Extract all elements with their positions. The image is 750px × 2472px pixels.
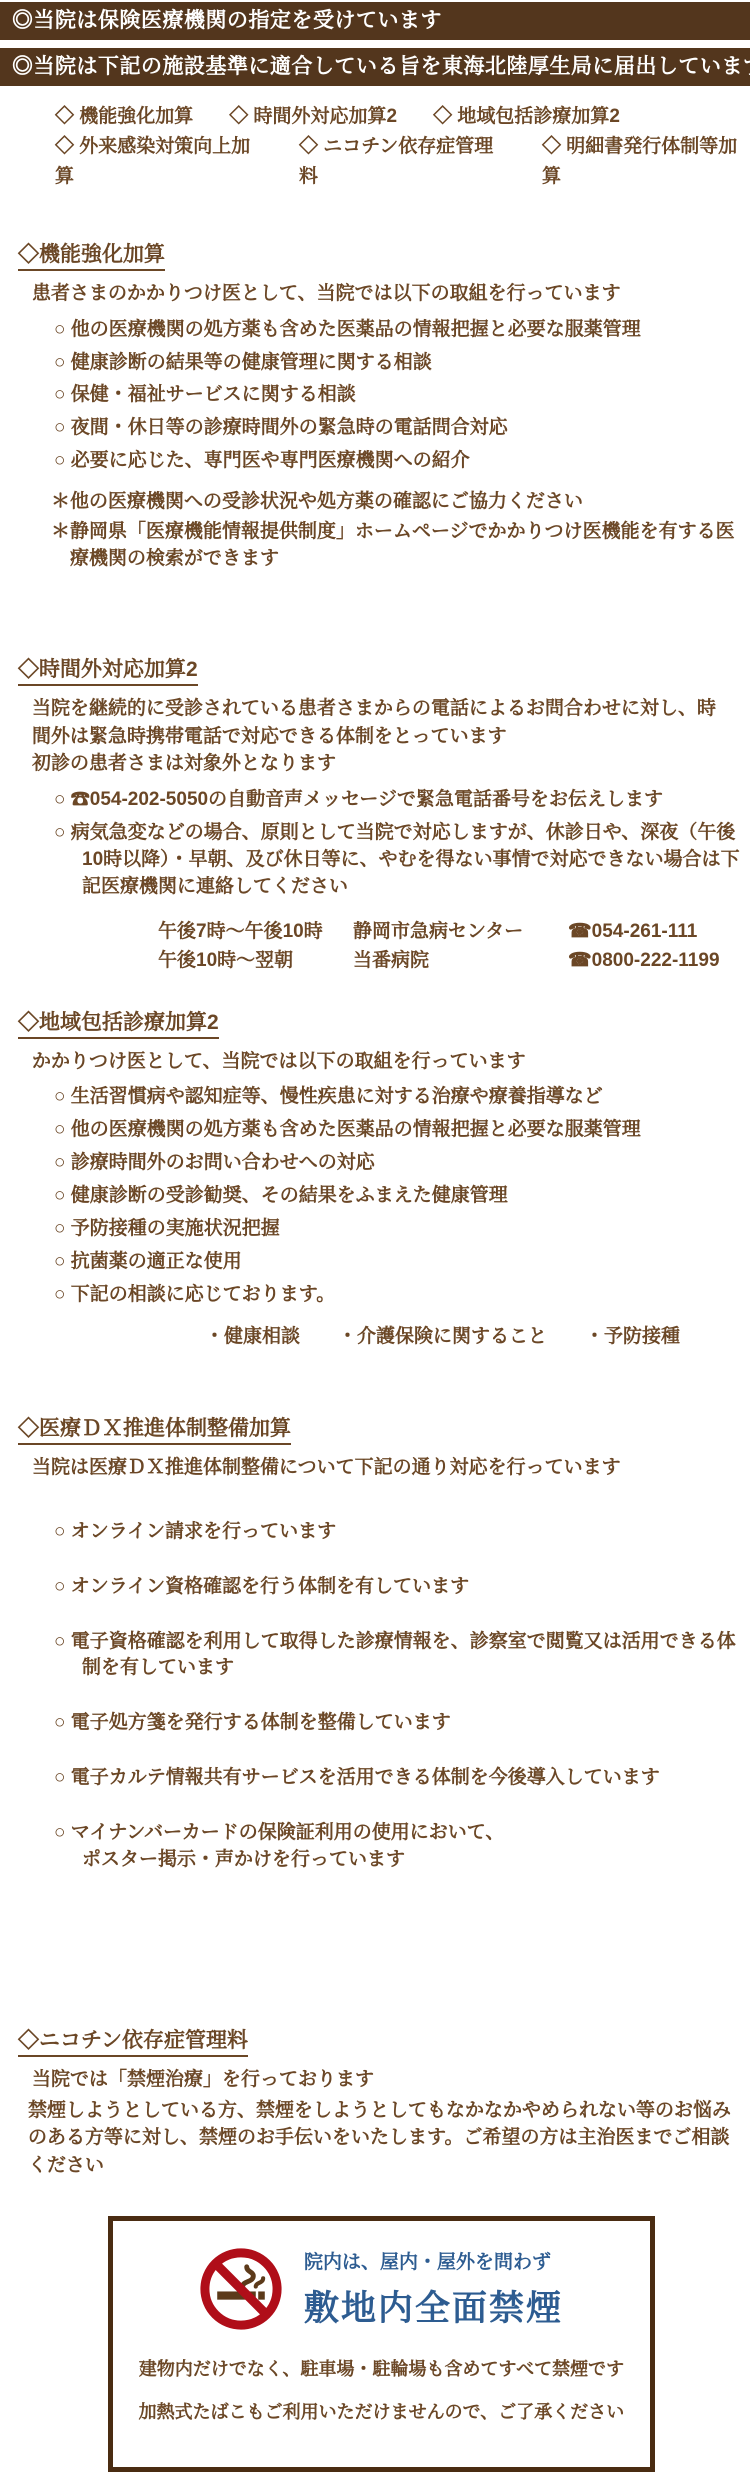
- note-item: ＊他の医療機関への受診状況や処方薬の確認にご協力ください: [0, 489, 750, 516]
- phone-number: ☎0800-222-1199: [568, 946, 720, 975]
- notice-page: ◎当院は保険医療機関の指定を受けています ◎当院は下記の施設基準に適合している旨…: [0, 2, 750, 2472]
- section-title: ◇ニコチン依存症管理料: [18, 2024, 248, 2057]
- standard-item: ◇ 地域包括診療加算2: [433, 102, 620, 132]
- no-smoking-note-1: 建物内だけでなく、駐車場・駐輪場も含めてすべて禁煙です: [113, 2357, 650, 2382]
- section-title: ◇医療ＤＸ推進体制整備加算: [18, 1412, 291, 1445]
- no-smoking-header: 院内は、屋内・屋外を問わず 敷地内全面禁煙: [113, 2247, 650, 2331]
- list-item: ○ 電子カルテ情報共有サービスを活用できる体制を今後導入しています: [0, 1765, 750, 1792]
- standard-item: ◇ ニコチン依存症管理料: [299, 132, 506, 192]
- phone-place: 当番病院: [353, 946, 568, 975]
- phone-number: ☎054-261-111: [568, 917, 697, 946]
- list-item: ○ 電子資格確認を利用して取得した診療情報を、診察室で閲覧又は活用できる体制を有…: [0, 1629, 750, 1683]
- banner-facility-standards-notification: ◎当院は下記の施設基準に適合している旨を東海北陸厚生局に届出しています: [0, 48, 750, 86]
- list-item: ○ 電子処方箋を発行する体制を整備しています: [0, 1710, 750, 1737]
- section-intro: 当院は医療ＤＸ推進体制整備について下記の通り対応を行っています: [32, 1454, 722, 1482]
- phone-time: 午後10時～翌朝: [158, 946, 353, 975]
- section-intro: 当院を継続的に受診されている患者さまからの電話によるお問合わせに対し、時間外は緊…: [32, 695, 722, 778]
- emergency-phone-table: 午後7時～午後10時 静岡市急病センター ☎054-261-111 午後10時～…: [158, 917, 750, 976]
- section-line: 当院では「禁煙治療」を行っております: [32, 2066, 722, 2094]
- section-chiiki-houkatsu: ◇地域包括診療加算2 かかりつけ医として、当院では以下の取組を行っています ○ …: [0, 1006, 750, 1348]
- no-smoking-subtitle: 院内は、屋内・屋外を問わず: [304, 2247, 563, 2274]
- facility-standards-list: ◇ 機能強化加算 ◇ 時間外対応加算2 ◇ 地域包括診療加算2 ◇ 外来感染対策…: [55, 102, 750, 192]
- list-item: ○ オンライン請求を行っています: [0, 1519, 750, 1546]
- standard-item: ◇ 機能強化加算: [55, 102, 193, 132]
- list-item: ○ 抗菌薬の適正な使用: [0, 1249, 750, 1276]
- phone-row: 午後7時～午後10時 静岡市急病センター ☎054-261-111: [158, 917, 750, 946]
- list-item: ○ 他の医療機関の処方薬も含めた医薬品の情報把握と必要な服薬管理: [0, 1117, 750, 1144]
- no-smoking-text-block: 院内は、屋内・屋外を問わず 敷地内全面禁煙: [304, 2247, 563, 2331]
- banner-insurance-designation: ◎当院は保険医療機関の指定を受けています: [0, 2, 750, 40]
- bullet-list: ○ オンライン請求を行っています ○ オンライン資格確認を行う体制を有しています…: [0, 1491, 750, 1897]
- list-item: ○ 診療時間外のお問い合わせへの対応: [0, 1150, 750, 1177]
- standard-item: ◇ 明細書発行体制等加算: [542, 132, 750, 192]
- standard-item: ◇ 時間外対応加算2: [229, 102, 397, 132]
- section-title: ◇時間外対応加算2: [18, 653, 198, 686]
- section-body: 禁煙しようとしている方、禁煙をしようとしてもなかなかやめられない等のお悩みのある…: [28, 2097, 748, 2180]
- bullet-list: ○ 他の医療機関の処方薬も含めた医薬品の情報把握と必要な服薬管理 ○ 健康診断の…: [0, 317, 750, 476]
- section-title: ◇地域包括診療加算2: [18, 1006, 219, 1039]
- phone-row: 午後10時～翌朝 当番病院 ☎0800-222-1199: [158, 946, 750, 975]
- section-jikangai-taiou: ◇時間外対応加算2 当院を継続的に受診されている患者さまからの電話によるお問合わ…: [0, 653, 750, 975]
- list-item: ○ 病気急変などの場合、原則として当院で対応しますが、休診日や、深夜（午後10時…: [0, 820, 750, 901]
- list-item: ○ 他の医療機関の処方薬も含めた医薬品の情報把握と必要な服薬管理: [0, 317, 750, 344]
- standards-row-2: ◇ 外来感染対策向上加算 ◇ ニコチン依存症管理料 ◇ 明細書発行体制等加算: [55, 132, 750, 192]
- consultation-sub-list: ・健康相談 ・介護保険に関すること ・予防接種: [205, 1321, 750, 1348]
- list-item: ○ 健康診断の受診勧奨、その結果をふまえた健康管理: [0, 1183, 750, 1210]
- bullet-list: ○ ☎054-202-5050の自動音声メッセージで緊急電話番号をお伝えします …: [0, 787, 750, 901]
- list-item: ○ オンライン資格確認を行う体制を有しています: [0, 1574, 750, 1601]
- section-title: ◇機能強化加算: [18, 238, 165, 271]
- phone-place: 静岡市急病センター: [353, 917, 568, 946]
- standard-item: ◇ 外来感染対策向上加算: [55, 132, 263, 192]
- note-item: ＊静岡県「医療機能情報提供制度」ホームページでかかりつけ医機能を有する医療機関の…: [0, 519, 750, 573]
- no-smoking-icon: [200, 2248, 282, 2330]
- list-item: ○ 下記の相談に応じております。: [0, 1282, 750, 1309]
- no-smoking-title: 敷地内全面禁煙: [304, 2281, 563, 2331]
- list-item: ○ マイナンバーカードの保険証利用の使用において、 ポスター掲示・声かけを行って…: [0, 1820, 750, 1874]
- list-item: ○ 夜間・休日等の診療時間外の緊急時の電話問合対応: [0, 415, 750, 442]
- section-nicotine-izonshou: ◇ニコチン依存症管理料 当院では「禁煙治療」を行っております 禁煙しようとしてい…: [0, 2024, 750, 2179]
- note-list: ＊他の医療機関への受診状況や処方薬の確認にご協力ください ＊静岡県「医療機能情報…: [0, 489, 750, 573]
- section-kinou-kyouka: ◇機能強化加算 患者さまのかかりつけ医として、当院では以下の取組を行っています …: [0, 238, 750, 573]
- section-intro: かかりつけ医として、当院では以下の取組を行っています: [32, 1048, 722, 1076]
- section-intro: 患者さまのかかりつけ医として、当院では以下の取組を行っています: [32, 280, 722, 308]
- bullet-list: ○ 生活習慣病や認知症等、慢性疾患に対する治療や療養指導など ○ 他の医療機関の…: [0, 1084, 750, 1309]
- standards-row-1: ◇ 機能強化加算 ◇ 時間外対応加算2 ◇ 地域包括診療加算2: [55, 102, 750, 132]
- phone-time: 午後7時～午後10時: [158, 917, 353, 946]
- list-item: ○ 生活習慣病や認知症等、慢性疾患に対する治療や療養指導など: [0, 1084, 750, 1111]
- list-item: ○ 保健・福祉サービスに関する相談: [0, 382, 750, 409]
- list-item: ○ ☎054-202-5050の自動音声メッセージで緊急電話番号をお伝えします: [0, 787, 750, 814]
- list-item: ○ 予防接種の実施状況把握: [0, 1216, 750, 1243]
- section-iryou-dx: ◇医療ＤＸ推進体制整備加算 当院は医療ＤＸ推進体制整備について下記の通り対応を行…: [0, 1412, 750, 1896]
- list-item: ○ 必要に応じた、専門医や専門医療機関への紹介: [0, 448, 750, 475]
- list-item: ○ 健康診断の結果等の健康管理に関する相談: [0, 350, 750, 377]
- no-smoking-note-2: 加熱式たばこもご利用いただけませんので、ご了承ください: [113, 2400, 650, 2425]
- no-smoking-box: 院内は、屋内・屋外を問わず 敷地内全面禁煙 建物内だけでなく、駐車場・駐輪場も含…: [108, 2216, 655, 2472]
